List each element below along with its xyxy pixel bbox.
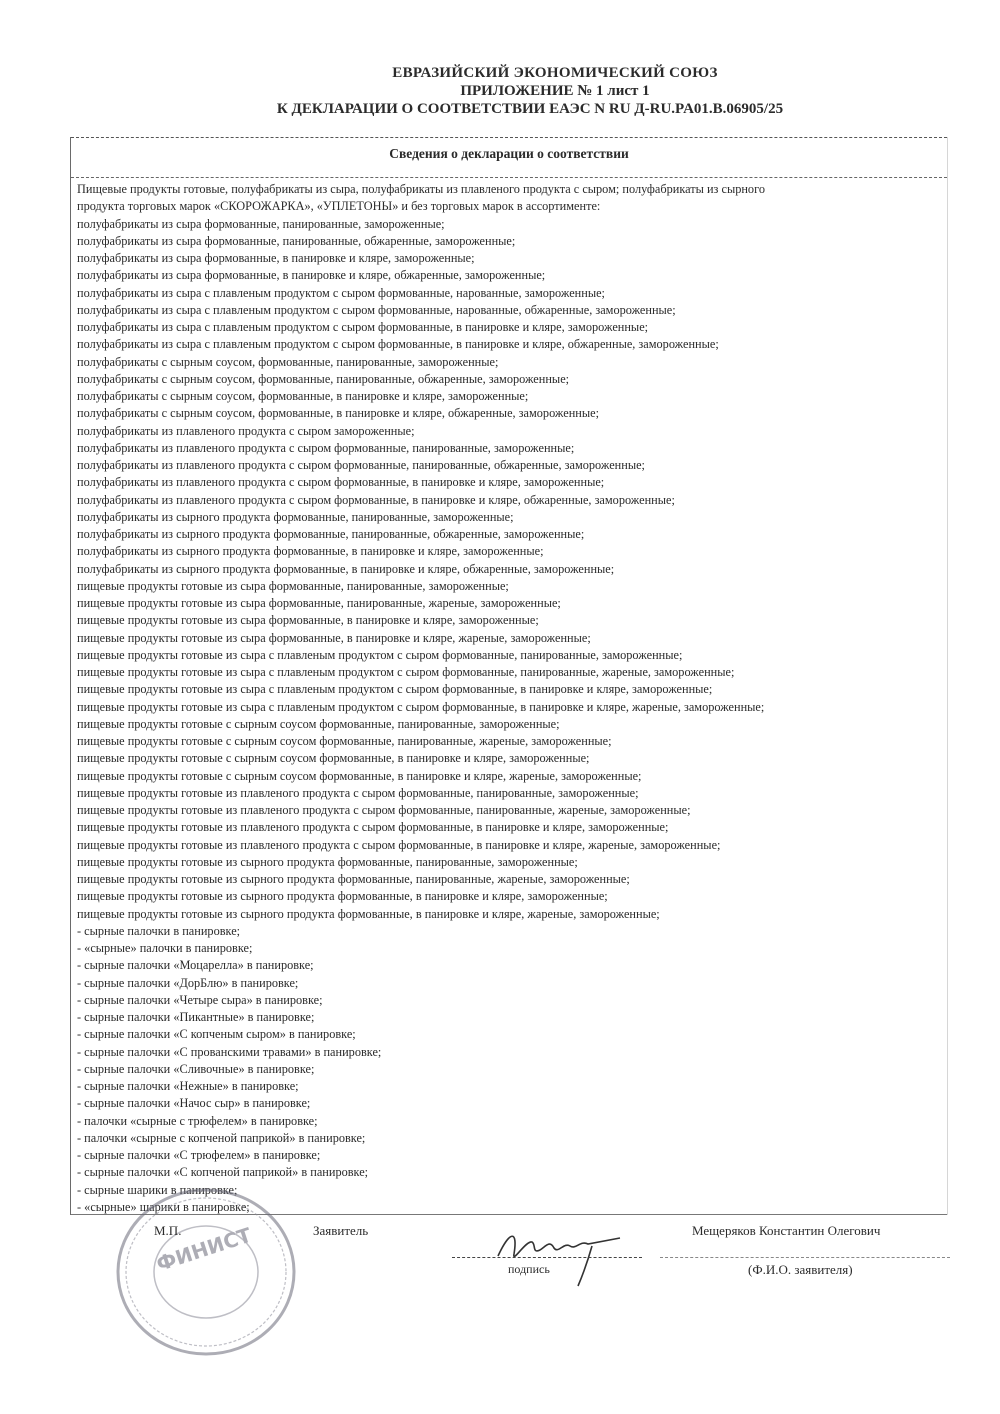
signature-icon [480, 1220, 640, 1290]
product-line: пищевые продукты готовые из сыра с плавл… [77, 664, 943, 681]
product-line: пищевые продукты готовые из плавленого п… [77, 785, 943, 802]
product-line: полуфабрикаты из сыра с плавленым продук… [77, 285, 943, 302]
product-line: полуфабрикаты из сыра с плавленым продук… [77, 336, 943, 353]
product-line: полуфабрикаты из сыра формованные, в пан… [77, 267, 943, 284]
product-line: продукта торговых марок «СКОРОЖАРКА», «У… [77, 198, 943, 215]
product-line: - сырные палочки «С трюфелем» в панировк… [77, 1147, 943, 1164]
name-line [660, 1257, 950, 1258]
product-line: - палочки «сырные с трюфелем» в панировк… [77, 1113, 943, 1130]
product-line: - сырные палочки «Моцарелла» в панировке… [77, 957, 943, 974]
product-line: полуфабрикаты из сыра с плавленым продук… [77, 302, 943, 319]
signature-line [452, 1257, 642, 1258]
signature-block: М.П. Заявитель подпись Мещеряков Констан… [0, 1215, 1000, 1414]
declaration-title: К ДЕКЛАРАЦИИ О СООТВЕТСТВИИ ЕАЭС N RU Д-… [60, 100, 1000, 119]
product-line: пищевые продукты готовые из сыра формова… [77, 595, 943, 612]
product-line: пищевые продукты готовые с сырным соусом… [77, 768, 943, 785]
product-line: полуфабрикаты с сырным соусом, формованн… [77, 405, 943, 422]
product-line: полуфабрикаты из сырного продукта формов… [77, 561, 943, 578]
box-top-divider [71, 137, 947, 138]
product-line: - «сырные» палочки в панировке; [77, 940, 943, 957]
product-line: полуфабрикаты из сыра с плавленым продук… [77, 319, 943, 336]
product-line: - сырные палочки «Сливочные» в панировке… [77, 1061, 943, 1078]
product-line: пищевые продукты готовые из сырного прод… [77, 854, 943, 871]
product-line: - сырные палочки «С копченым сыром» в па… [77, 1026, 943, 1043]
box-title-divider [71, 177, 947, 178]
product-line: - сырные палочки «Начос сыр» в панировке… [77, 1095, 943, 1112]
applicant-label: Заявитель [313, 1223, 368, 1239]
product-line: полуфабрикаты из сырного продукта формов… [77, 526, 943, 543]
product-line: пищевые продукты готовые из сырного прод… [77, 871, 943, 888]
product-line: пищевые продукты готовые из сыра с плавл… [77, 681, 943, 698]
product-line: - сырные палочки «Пикантные» в панировке… [77, 1009, 943, 1026]
product-line: - палочки «сырные с копченой паприкой» в… [77, 1130, 943, 1147]
product-line: полуфабрикаты из сыра формованные, панир… [77, 216, 943, 233]
product-line: полуфабрикаты из сырного продукта формов… [77, 509, 943, 526]
product-line: полуфабрикаты с сырным соусом, формованн… [77, 371, 943, 388]
document-header: ЕВРАЗИЙСКИЙ ЭКОНОМИЧЕСКИЙ СОЮЗ ПРИЛОЖЕНИ… [0, 64, 1000, 119]
product-line: полуфабрикаты из плавленого продукта с с… [77, 440, 943, 457]
signature-caption: подпись [508, 1262, 550, 1277]
product-line: - сырные палочки «С прованскими травами»… [77, 1044, 943, 1061]
product-line: полуфабрикаты из сыра формованные, панир… [77, 233, 943, 250]
product-line: пищевые продукты готовые из сыра формова… [77, 630, 943, 647]
product-line: пищевые продукты готовые из сырного прод… [77, 888, 943, 905]
product-line: пищевые продукты готовые с сырным соусом… [77, 750, 943, 767]
product-line: Пищевые продукты готовые, полуфабрикаты … [77, 181, 943, 198]
product-line: полуфабрикаты из плавленого продукта с с… [77, 474, 943, 491]
section-title: Сведения о декларации о соответствии [71, 146, 947, 162]
product-line: - сырные палочки «Четыре сыра» в паниров… [77, 992, 943, 1009]
product-line: полуфабрикаты из сырного продукта формов… [77, 543, 943, 560]
declaration-box: Сведения о декларации о соответствии Пищ… [70, 137, 948, 1215]
product-line: - сырные палочки «Нежные» в панировке; [77, 1078, 943, 1095]
product-line: - сырные палочки «ДорБлю» в панировке; [77, 975, 943, 992]
product-line: полуфабрикаты из плавленого продукта с с… [77, 423, 943, 440]
product-line: пищевые продукты готовые из сыра формова… [77, 612, 943, 629]
product-line: пищевые продукты готовые с сырным соусом… [77, 716, 943, 733]
product-line: пищевые продукты готовые из сырного прод… [77, 906, 943, 923]
product-line: пищевые продукты готовые с сырным соусом… [77, 733, 943, 750]
product-line: пищевые продукты готовые из сыра с плавл… [77, 647, 943, 664]
product-line: пищевые продукты готовые из сыра формова… [77, 578, 943, 595]
product-line: полуфабрикаты из сыра формованные, в пан… [77, 250, 943, 267]
product-line: пищевые продукты готовые из плавленого п… [77, 802, 943, 819]
union-title: ЕВРАЗИЙСКИЙ ЭКОНОМИЧЕСКИЙ СОЮЗ [110, 64, 1000, 83]
product-line: - сырные палочки в панировке; [77, 923, 943, 940]
product-line: полуфабрикаты с сырным соусом, формованн… [77, 354, 943, 371]
product-line: полуфабрикаты из плавленого продукта с с… [77, 492, 943, 509]
product-line: пищевые продукты готовые из плавленого п… [77, 819, 943, 836]
appendix-title: ПРИЛОЖЕНИЕ № 1 лист 1 [110, 83, 1000, 100]
product-line: пищевые продукты готовые из сыра с плавл… [77, 699, 943, 716]
product-line: полуфабрикаты из плавленого продукта с с… [77, 457, 943, 474]
product-line: пищевые продукты готовые из плавленого п… [77, 837, 943, 854]
applicant-name: Мещеряков Константин Олегович [692, 1223, 880, 1239]
product-line: полуфабрикаты с сырным соусом, формованн… [77, 388, 943, 405]
product-list: Пищевые продукты готовые, полуфабрикаты … [77, 181, 943, 1216]
name-caption: (Ф.И.О. заявителя) [748, 1262, 853, 1278]
product-line: - сырные палочки «С копченой паприкой» в… [77, 1164, 943, 1181]
stamp-place-label: М.П. [154, 1223, 181, 1239]
